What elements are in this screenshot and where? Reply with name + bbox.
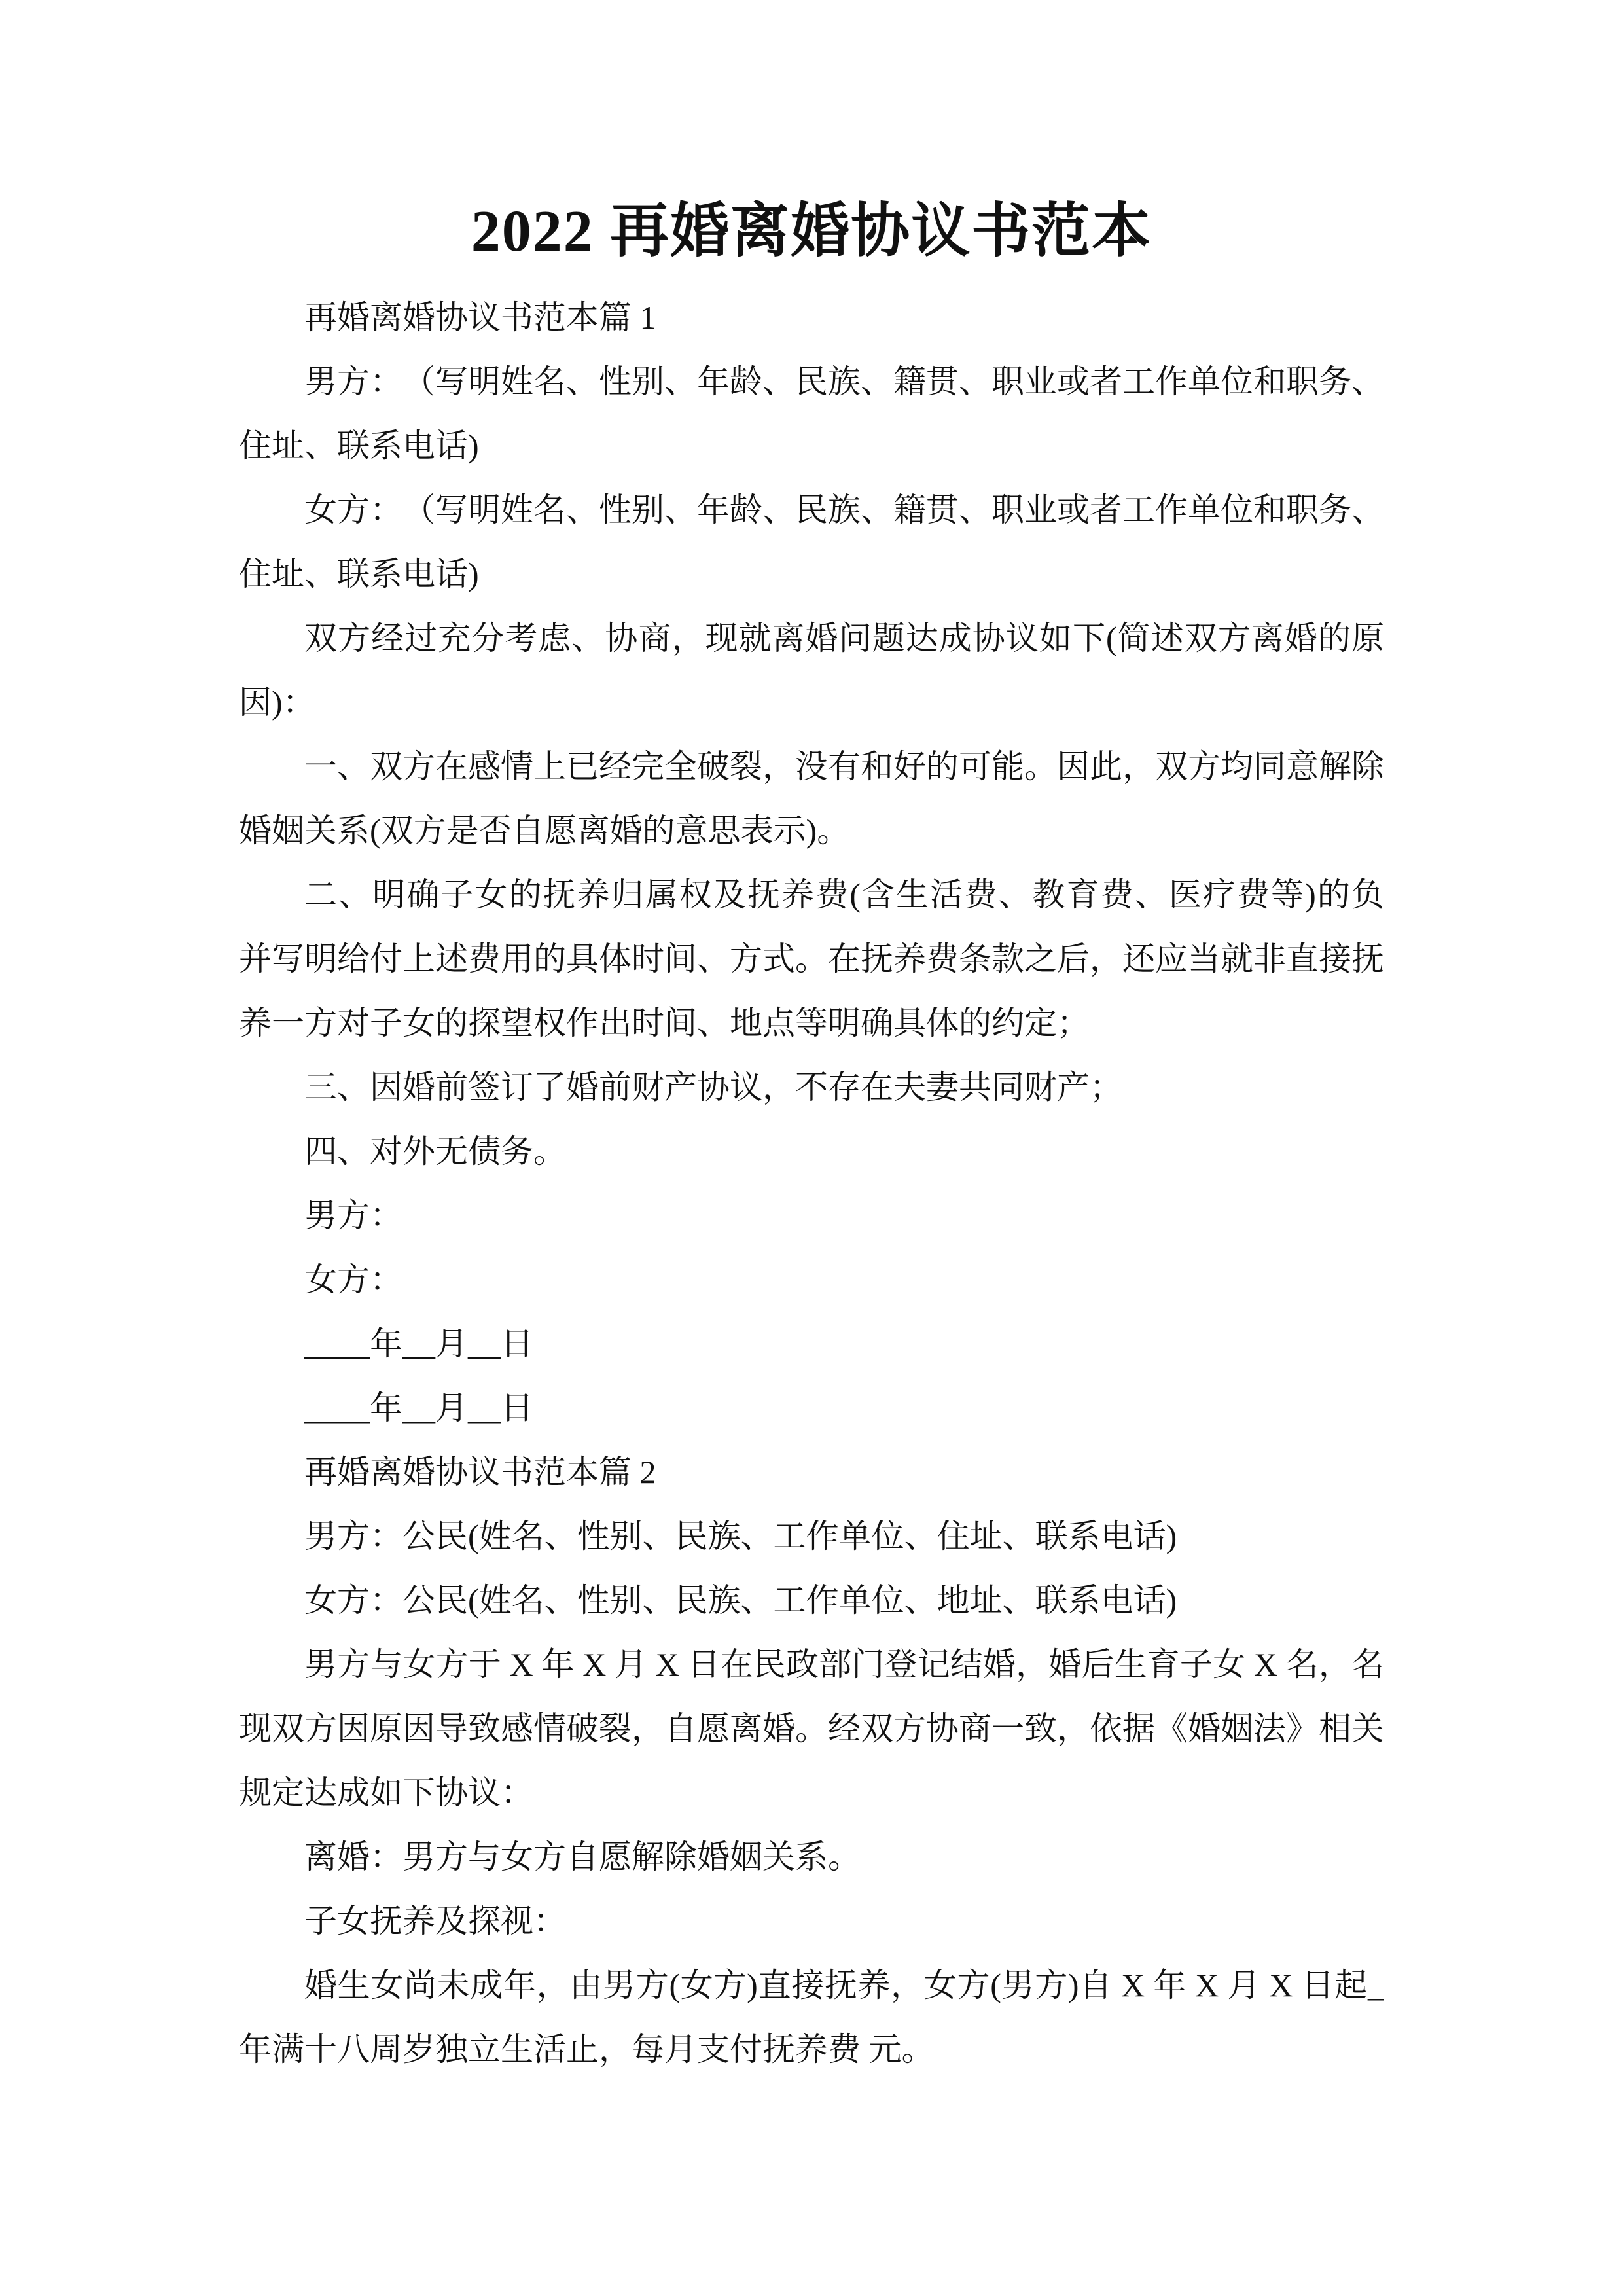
document-line: 子女抚养及探视： [239, 1889, 1384, 1953]
document-line: 住址、联系电话) [239, 542, 1384, 606]
document-line: 三、因婚前签订了婚前财产协议，不存在夫妻共同财产； [239, 1055, 1384, 1119]
document-line: 并写明给付上述费用的具体时间、方式。在抚养费条款之后，还应当就非直接抚 [239, 927, 1384, 991]
document-line: 离婚：男方与女方自愿解除婚姻关系。 [239, 1825, 1384, 1889]
document-line: 男方： [239, 1183, 1384, 1247]
document-body: 再婚离婚协议书范本篇 1男方： （写明姓名、性别、年龄、民族、籍贯、职业或者工作… [239, 285, 1384, 2081]
document-line: 男方与女方于 X 年 X 月 X 日在民政部门登记结婚，婚后生育子女 X 名，名… [239, 1632, 1384, 1696]
document-line: 女方： [239, 1247, 1384, 1312]
document-line: 二、明确子女的抚养归属权及抚养费(含生活费、教育费、医疗费等)的负担， [239, 863, 1384, 927]
document-line: 婚生女尚未成年，由男方(女方)直接抚养，女方(男方)自 X 年 X 月 X 日起… [239, 1953, 1384, 2017]
document-line: 女方： （写明姓名、性别、年龄、民族、籍贯、职业或者工作单位和职务、 [239, 478, 1384, 542]
document-line: 一、双方在感情上已经完全破裂，没有和好的可能。因此，双方均同意解除 [239, 734, 1384, 798]
document-line: ____年__月__日 [239, 1376, 1384, 1440]
document-line: 年满十八周岁独立生活止，每月支付抚养费 元。 [239, 2017, 1384, 2081]
document-line: 再婚离婚协议书范本篇 2 [239, 1440, 1384, 1504]
document-line: 男方： （写明姓名、性别、年龄、民族、籍贯、职业或者工作单位和职务、 [239, 350, 1384, 414]
document-line: 现双方因原因导致感情破裂，自愿离婚。经双方协商一致，依据《婚姻法》相关 [239, 1696, 1384, 1761]
document-line: 养一方对子女的探望权作出时间、地点等明确具体的约定； [239, 991, 1384, 1055]
document-title: 2022 再婚离婚协议书范本 [0, 190, 1623, 274]
document-line: 女方：公民(姓名、性别、民族、工作单位、地址、联系电话) [239, 1568, 1384, 1632]
document-line: 因)： [239, 670, 1384, 734]
document-line: 规定达成如下协议： [239, 1761, 1384, 1825]
document-line: 住址、联系电话) [239, 414, 1384, 478]
document-line: 婚姻关系(双方是否自愿离婚的意思表示)。 [239, 798, 1384, 863]
document-line: 男方：公民(姓名、性别、民族、工作单位、住址、联系电话) [239, 1504, 1384, 1568]
document-line: ____年__月__日 [239, 1312, 1384, 1376]
document-page: 2022 再婚离婚协议书范本 再婚离婚协议书范本篇 1男方： （写明姓名、性别、… [0, 0, 1623, 2296]
document-line: 再婚离婚协议书范本篇 1 [239, 285, 1384, 350]
document-line: 四、对外无债务。 [239, 1119, 1384, 1183]
document-line: 双方经过充分考虑、协商，现就离婚问题达成协议如下(简述双方离婚的原 [239, 606, 1384, 670]
